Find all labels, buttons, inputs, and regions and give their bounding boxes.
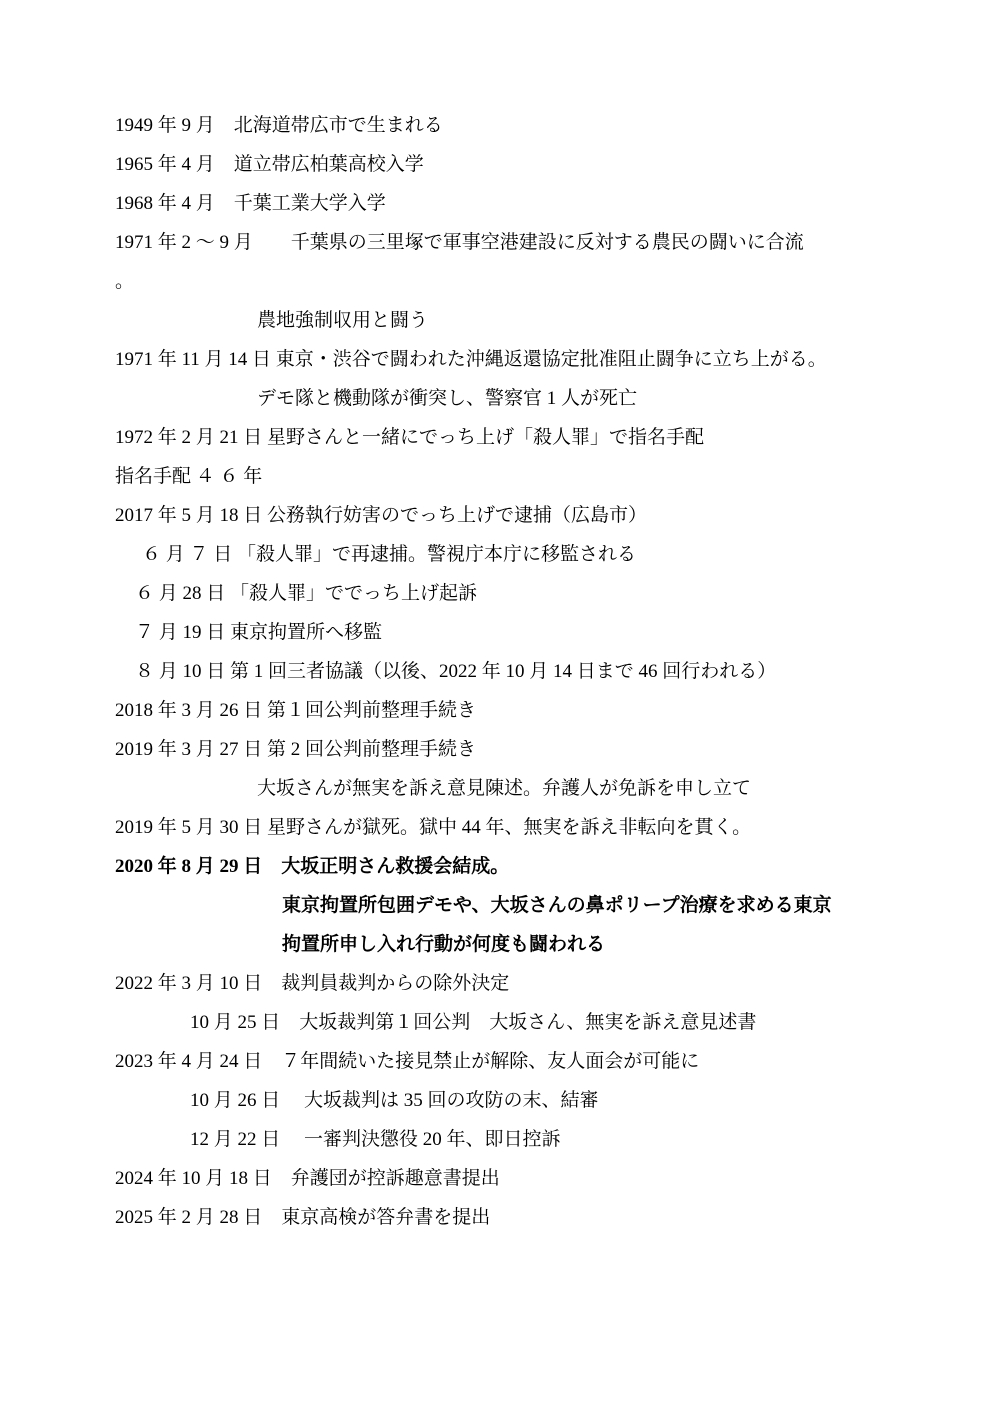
timeline-line: 拘置所申し入れ行動が何度も闘われる	[115, 925, 935, 964]
timeline-line: 2019 年 5 月 30 日 星野さんが獄死。獄中 44 年、無実を訴え非転向…	[115, 808, 935, 847]
timeline-line: デモ隊と機動隊が衝突し、警察官 1 人が死亡	[115, 379, 935, 418]
timeline-line: 2019 年 3 月 27 日 第 2 回公判前整理手続き	[115, 730, 935, 769]
timeline-line: 10 月 25 日 大坂裁判第１回公判 大坂さん、無実を訴え意見述書	[115, 1003, 935, 1042]
timeline-line: 2025 年 2 月 28 日 東京高検が答弁書を提出	[115, 1198, 935, 1237]
timeline-line: ６ 月 28 日 「殺人罪」ででっち上げ起訴	[115, 574, 935, 613]
timeline-line: 2017 年 5 月 18 日 公務執行妨害のでっち上げで逮捕（広島市）	[115, 496, 935, 535]
timeline-line: ６ 月 ７ 日 「殺人罪」で再逮捕。警視庁本庁に移監される	[115, 535, 935, 574]
timeline-line: ７ 月 19 日 東京拘置所へ移監	[115, 613, 935, 652]
timeline-line: 2018 年 3 月 26 日 第１回公判前整理手続き	[115, 691, 935, 730]
timeline-line: 大坂さんが無実を訴え意見陳述。弁護人が免訴を申し立て	[115, 769, 935, 808]
timeline-line: 2024 年 10 月 18 日 弁護団が控訴趣意書提出	[115, 1159, 935, 1198]
timeline-line: ８ 月 10 日 第 1 回三者協議（以後、2022 年 10 月 14 日まで…	[115, 652, 935, 691]
document-page: 1949 年 9 月 北海道帯広市で生まれる1965 年 4 月 道立帯広柏葉高…	[0, 0, 992, 1403]
timeline-line: 1971 年 11 月 14 日 東京・渋谷で闘われた沖縄返還協定批准阻止闘争に…	[115, 340, 935, 379]
timeline-document-body: 1949 年 9 月 北海道帯広市で生まれる1965 年 4 月 道立帯広柏葉高…	[115, 106, 935, 1237]
timeline-line: 東京拘置所包囲デモや、大坂さんの鼻ポリープ治療を求める東京	[115, 886, 935, 925]
timeline-line: 1972 年 2 月 21 日 星野さんと一緒にでっち上げ「殺人罪」で指名手配	[115, 418, 935, 457]
timeline-line: 1968 年 4 月 千葉工業大学入学	[115, 184, 935, 223]
timeline-line: 農地強制収用と闘う	[115, 301, 935, 340]
timeline-line: 10 月 26 日 大坂裁判は 35 回の攻防の末、結審	[115, 1081, 935, 1120]
timeline-line: 1971 年 2 ～ 9 月 千葉県の三里塚で軍事空港建設に反対する農民の闘いに…	[115, 223, 935, 262]
timeline-line: 指名手配 ４ ６ 年	[115, 457, 935, 496]
timeline-line: 1949 年 9 月 北海道帯広市で生まれる	[115, 106, 935, 145]
timeline-line: 12 月 22 日 一審判決懲役 20 年、即日控訴	[115, 1120, 935, 1159]
timeline-line: 2020 年 8 月 29 日 大坂正明さん救援会結成。	[115, 847, 935, 886]
timeline-line: 1965 年 4 月 道立帯広柏葉高校入学	[115, 145, 935, 184]
timeline-line: 2023 年 4 月 24 日 ７年間続いた接見禁止が解除、友人面会が可能に	[115, 1042, 935, 1081]
timeline-line: 。	[115, 262, 935, 301]
timeline-line: 2022 年 3 月 10 日 裁判員裁判からの除外決定	[115, 964, 935, 1003]
